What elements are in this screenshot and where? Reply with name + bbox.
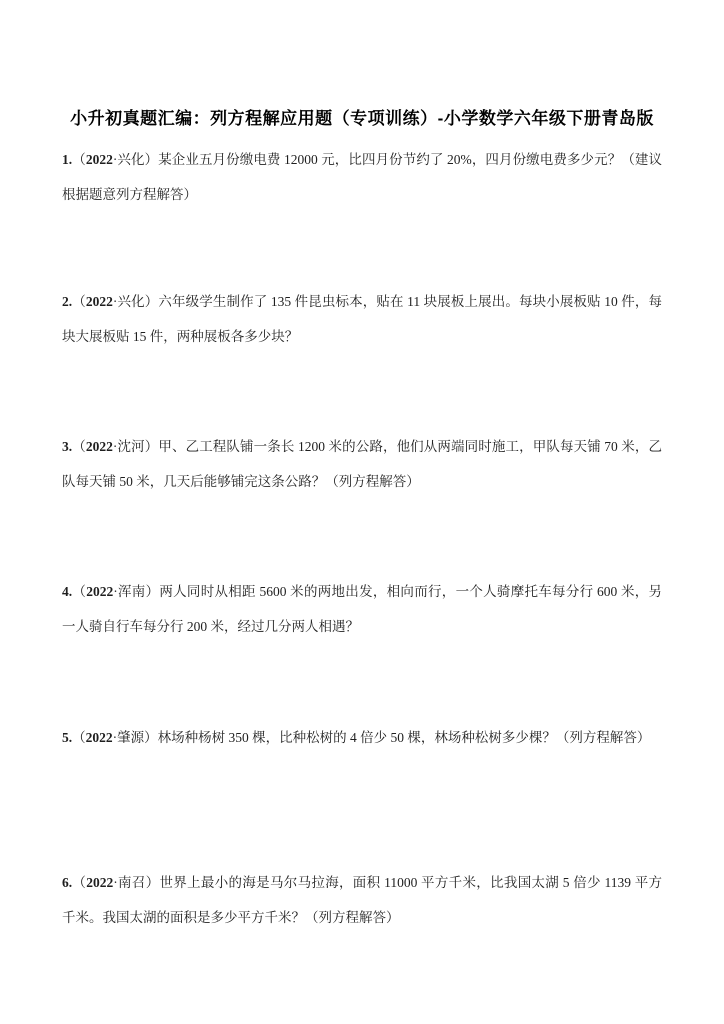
problem-item-3: 3.（2022·沈河）甲、乙工程队铺一条长 1200 米的公路，他们从两端同时施… [62,429,662,499]
problem-item-5: 5.（2022·肇源）林场种杨树 350 棵，比种松树的 4 倍少 50 棵，林… [62,720,662,755]
problem-paren-close: ） [144,730,158,745]
problem-paren-open: （ [72,875,86,890]
problem-paren-close: ） [145,152,159,167]
problem-year: 2022 [86,294,113,309]
problem-year: 2022 [86,439,113,454]
problem-number: 6. [62,875,72,890]
problem-place: 浑南 [118,584,146,599]
problem-year: 2022 [86,584,113,599]
problem-number: 2. [62,294,72,309]
problem-place: 肇源 [117,730,144,745]
problem-item-4: 4.（2022·浑南）两人同时从相距 5600 米的两地出发，相向而行，一个人骑… [62,574,662,644]
problem-number: 4. [62,584,72,599]
problem-place: 兴化 [117,152,144,167]
problem-item-2: 2.（2022·兴化）六年级学生制作了 135 件昆虫标本，贴在 11 块展板上… [62,284,662,354]
problem-item-1: 1.（2022·兴化）某企业五月份缴电费 12000 元，比四月份节约了 20%… [62,142,662,212]
problem-place: 南召 [118,875,146,890]
problem-paren-close: ） [146,875,160,890]
problem-place: 兴化 [117,294,144,309]
problem-year: 2022 [86,152,113,167]
worksheet-page: 小升初真题汇编：列方程解应用题（专项训练）-小学数学六年级下册青岛版 1.（20… [0,0,724,1024]
problem-number: 1. [62,152,72,167]
problem-number: 3. [62,439,72,454]
problem-item-6: 6.（2022·南召）世界上最小的海是马尔马拉海，面积 11000 平方千米，比… [62,865,662,935]
problem-paren-open: （ [72,152,86,167]
problem-paren-close: ） [145,439,159,454]
page-title: 小升初真题汇编：列方程解应用题（专项训练）-小学数学六年级下册青岛版 [0,106,724,132]
problem-paren-close: ） [145,294,159,309]
problem-paren-close: ） [146,584,160,599]
problem-text: 林场种杨树 350 棵，比种松树的 4 倍少 50 棵，林场种松树多少棵？（列方… [158,730,651,745]
problem-paren-open: （ [72,584,86,599]
problem-year: 2022 [86,875,113,890]
problem-paren-open: （ [72,439,86,454]
problem-number: 5. [62,730,72,745]
problem-place: 沈河 [117,439,144,454]
problem-paren-open: （ [72,730,86,745]
problem-year: 2022 [86,730,113,745]
problem-paren-open: （ [72,294,86,309]
